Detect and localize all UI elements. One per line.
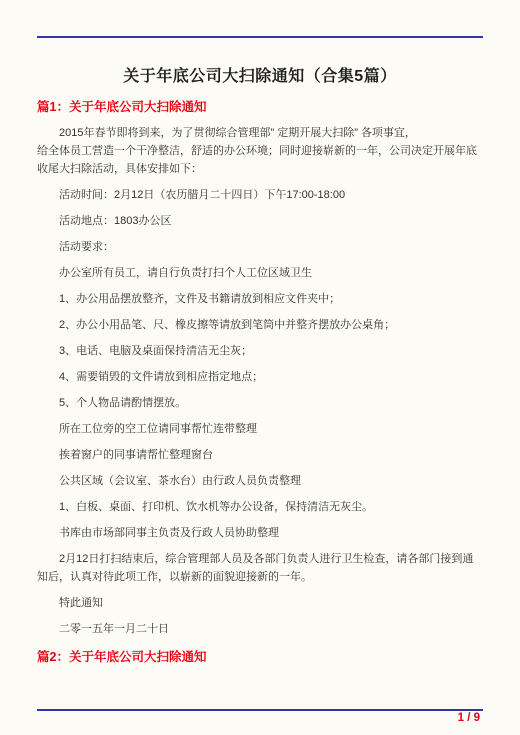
paragraph: 二零一五年一月二十日 xyxy=(37,620,483,638)
section-2-heading: 篇2：关于年底公司大扫除通知 xyxy=(37,648,483,666)
paragraph: 活动要求： xyxy=(37,238,483,256)
paragraph: 所在工位旁的空工位请同事帮忙连带整理 xyxy=(37,420,483,438)
document-content: 关于年底公司大扫除通知（合集5篇） 篇1：关于年底公司大扫除通知 2015年春节… xyxy=(37,38,483,666)
paragraph: 办公室所有员工，请自行负责打扫个人工位区域卫生 xyxy=(37,264,483,282)
bottom-divider xyxy=(37,709,483,711)
paragraph: 1、白板、桌面、打印机、饮水机等办公设备，保持清洁无灰尘。 xyxy=(37,498,483,516)
paragraph: 2015年春节即将到来，为了贯彻综合管理部” 定期开展大扫除” 各项事宜， 给全… xyxy=(37,124,483,178)
section-1-heading: 篇1：关于年底公司大扫除通知 xyxy=(37,98,483,116)
paragraph: 2、办公小用品笔、尺、橡皮擦等请放到笔筒中并整齐摆放办公桌角； xyxy=(37,316,483,334)
paragraph: 公共区域（会议室、茶水台）由行政人员负责整理 xyxy=(37,472,483,490)
paragraph: 1、办公用品摆放整齐，文件及书籍请放到相应文件夹中； xyxy=(37,290,483,308)
paragraph: 4、需要销毁的文件请放到相应指定地点； xyxy=(37,368,483,386)
paragraph: 特此通知 xyxy=(37,594,483,612)
paragraph: 活动地点：1803办公区 xyxy=(37,212,483,230)
document-page: 关于年底公司大扫除通知（合集5篇） 篇1：关于年底公司大扫除通知 2015年春节… xyxy=(0,0,520,735)
document-title: 关于年底公司大扫除通知（合集5篇） xyxy=(37,65,483,88)
paragraph: 挨着窗户的同事请帮忙整理窗台 xyxy=(37,446,483,464)
paragraph: 3、电话、电脑及桌面保持清洁无尘灰； xyxy=(37,342,483,360)
paragraph: 书库由市场部同事主负责及行政人员协助整理 xyxy=(37,524,483,542)
paragraph: 2月12日打扫结束后，综合管理部人员及各部门负责人进行卫生检查，请各部门接到通知… xyxy=(37,550,483,586)
paragraph: 活动时间：2月12日（农历腊月二十四日）下午17:00-18:00 xyxy=(37,186,483,204)
paragraph: 5、个人物品请酌情摆放。 xyxy=(37,394,483,412)
page-number: 1 / 9 xyxy=(458,712,480,724)
